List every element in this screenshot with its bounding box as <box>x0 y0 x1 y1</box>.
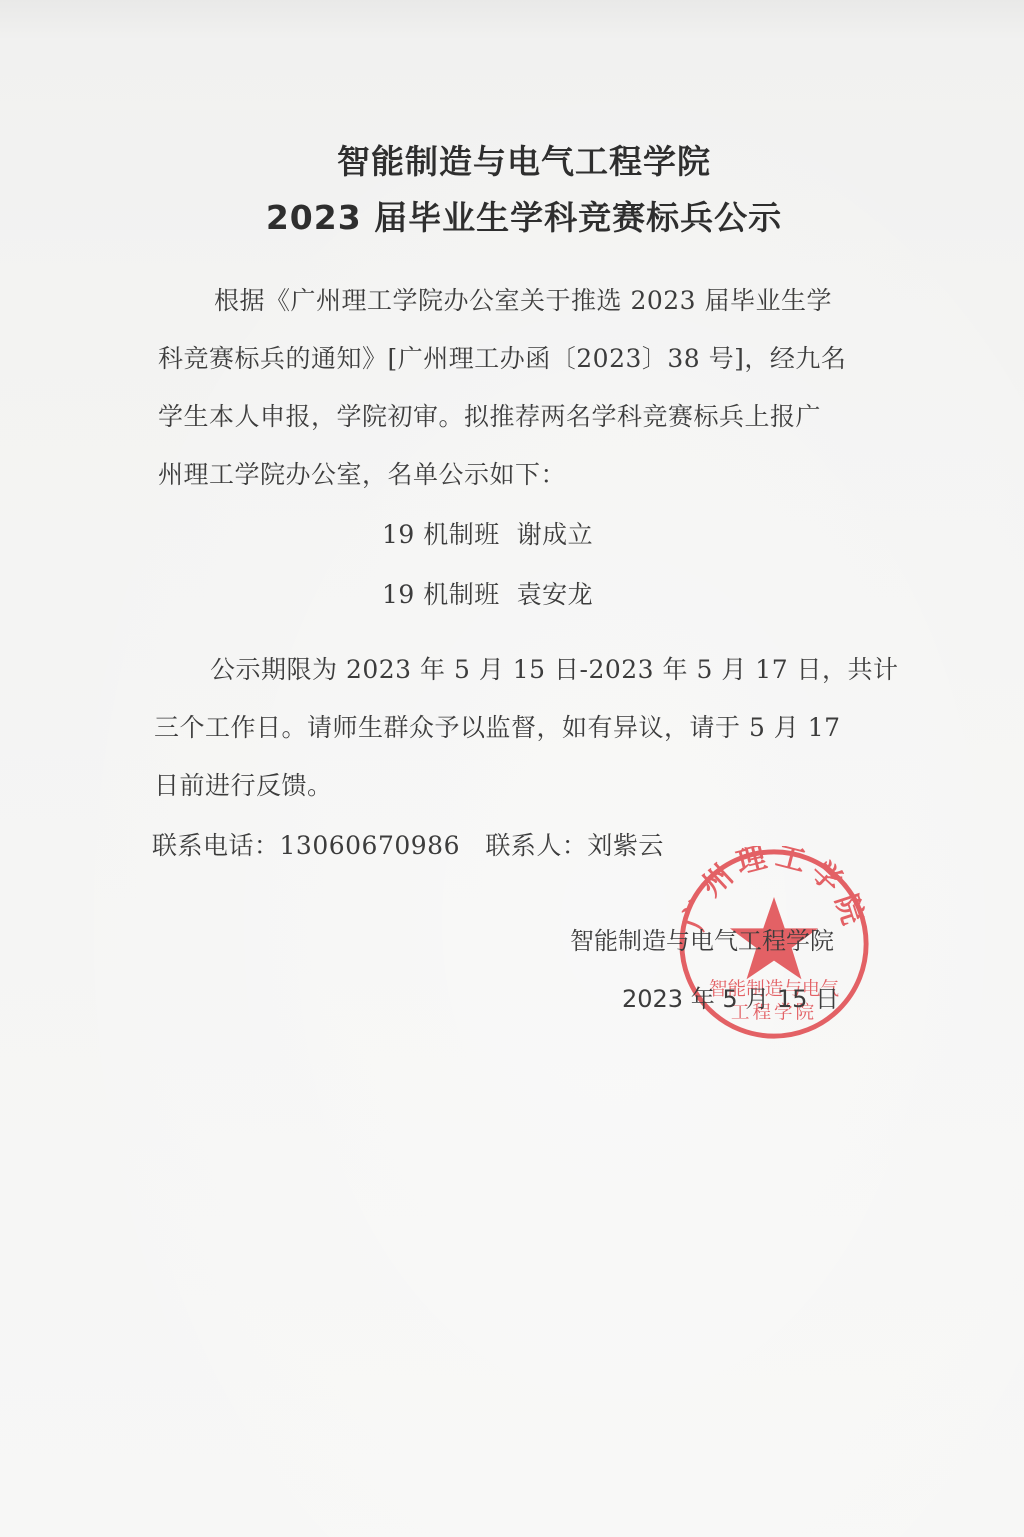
nominee-1: 19 机制班 谢成立 <box>382 515 593 551</box>
document-title-line2: 2023 届毕业生学科竞赛标兵公示 <box>0 192 1024 239</box>
contact-person: 刘紫云 <box>587 831 664 860</box>
nominee-2: 19 机制班 袁安龙 <box>382 575 593 611</box>
nominee-class: 19 机制班 <box>382 520 500 549</box>
paragraph2-line2: 三个工作日。请师生群众予以监督，如有异议，请于 5 月 17 <box>154 708 841 744</box>
paragraph1-line1: 根据《广州理工学院办公室关于推选 2023 届毕业生学 <box>214 281 832 317</box>
contact-phone: 13060670986 <box>280 831 460 860</box>
paragraph1-line4: 州理工学院办公室，名单公示如下： <box>158 455 566 491</box>
contact-line: 联系电话：13060670986 联系人：刘紫云 <box>152 826 664 862</box>
paragraph1-line3: 学生本人申报，学院初审。拟推荐两名学科竞赛标兵上报广 <box>158 397 821 433</box>
signature-organization: 智能制造与电气工程学院 <box>570 921 834 956</box>
document-title-line1: 智能制造与电气工程学院 <box>0 136 1024 183</box>
contact-phone-label: 联系电话： <box>152 831 280 860</box>
paragraph1-line2: 科竞赛标兵的通知》[广州理工办函〔2023〕38 号]，经九名 <box>158 339 846 375</box>
contact-person-label: 联系人： <box>485 831 587 860</box>
nominee-class: 19 机制班 <box>382 580 500 609</box>
paragraph2-line1: 公示期限为 2023 年 5 月 15 日-2023 年 5 月 17 日，共计 <box>210 650 899 686</box>
paragraph2-line3: 日前进行反馈。 <box>154 766 333 802</box>
nominee-name: 谢成立 <box>517 520 594 549</box>
nominee-name: 袁安龙 <box>517 580 594 609</box>
signature-date: 2023 年 5 月 15 日 <box>622 979 839 1014</box>
